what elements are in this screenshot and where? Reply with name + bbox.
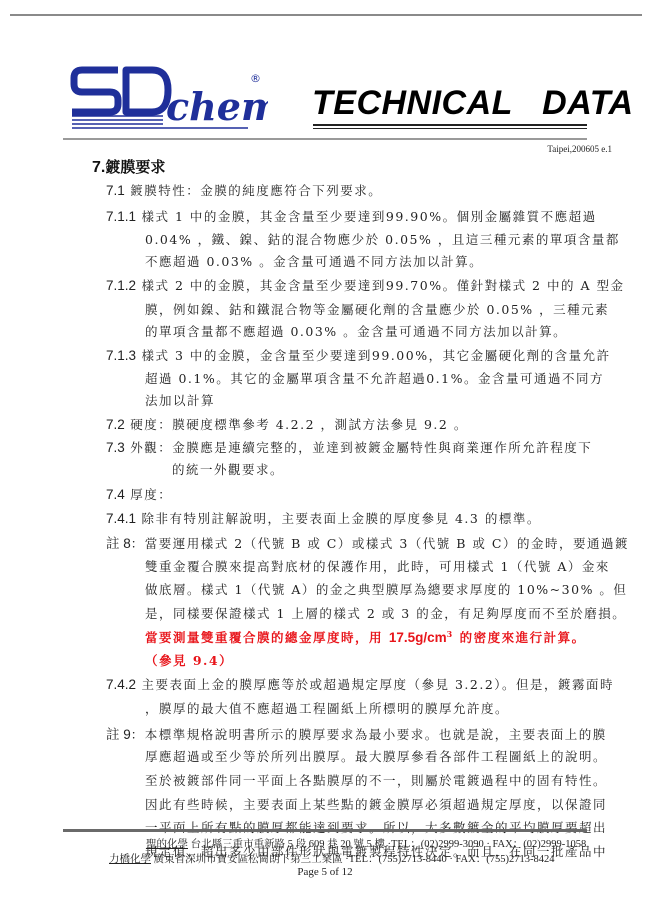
- footer-address-taipei: 聖的化學 台北縣三重市重新路 5 段 609 巷 20 號 5 樓 ·TEL：(…: [146, 836, 586, 851]
- clause-number: 7.4.2: [106, 677, 136, 692]
- clause-text: 厚度：: [125, 487, 172, 502]
- text-line-7.1.3-a: 7.1.3 樣式 3 中的金膜，金含量至少要達到99.00%，其它金屬硬化劑的含…: [106, 346, 611, 364]
- title-underline: [313, 124, 587, 126]
- text-line-note9-a: 註 9：本標準規格說明書所示的膜厚要求為最小要求。也就是說，主要表面上的膜: [106, 723, 607, 743]
- page-number: Page 5 of 12: [0, 866, 650, 878]
- section-title: 7.鍍膜要求: [92, 156, 165, 177]
- clause-text: ，膜厚的最大值不應超過工程圖紙上所標明的膜厚允許度。: [145, 701, 509, 716]
- clause-text: 不應超過 0.03% 。金含量可通過不同方法加以計算。: [145, 254, 483, 269]
- text-line-7.1.2-a: 7.1.2 樣式 2 中的金膜，其金含量至少要達到99.70%。僅針對樣式 2 …: [106, 276, 624, 294]
- density-value: 17.5g/cm: [389, 630, 447, 645]
- clause-text: 做底層。樣式 1（代號 A）的金之典型膜厚為總要求厚度的 10%~30% 。但: [145, 582, 627, 597]
- text-line-note8-c: 做底層。樣式 1（代號 A）的金之典型膜厚為總要求厚度的 10%~30% 。但: [145, 580, 627, 598]
- date-reference: Taipei,200605 e.1: [547, 144, 612, 154]
- clause-text: 厚應超過或至少等於所列出膜厚。最大膜厚參看各部件工程圖紙上的說明。: [145, 749, 607, 764]
- clause-text: 0.04% ，鐵、鎳、鈷的混合物應少於 0.05% ，且這三種元素的單項含量都: [145, 232, 620, 247]
- text-line-7.3-b: 的統一外觀要求。: [172, 460, 284, 478]
- text-line-7.4.2-a: 7.4.2 主要表面上金的膜厚應等於或超過規定厚度（參見 3.2.2）。但是，鍍…: [106, 675, 614, 693]
- clause-text: 樣式 3 中的金膜，金含量至少要達到99.00%，其它金屬硬化劑的含量允許: [136, 348, 611, 363]
- footer-address-shenzhen: 力橋化學 廣東省深圳市寶安區松崗朗下第三工業區 ·TEL：(755)2713-8…: [109, 851, 554, 866]
- text-line-7.1.1-b: 0.04% ，鐵、鎳、鈷的混合物應少於 0.05% ，且這三種元素的單項含量都: [145, 230, 620, 248]
- clause-text: 一平面上所有點的膜厚都能達到要求。所以，大多數鍍金的平均膜厚要超出: [145, 820, 607, 835]
- clause-number: 7.2: [106, 417, 125, 432]
- clause-text: 硬度：膜硬度標準參考 4.2.2 ，測試方法參見 9.2 。: [125, 417, 468, 432]
- text-line-7.1: 7.1 鍍膜特性：金膜的純度應符合下列要求。: [106, 181, 382, 199]
- clause-text: 的統一外觀要求。: [172, 462, 284, 477]
- text-line-note8-f: （參見 9.4）: [145, 651, 233, 669]
- text-line-7.1.1-c: 不應超過 0.03% 。金含量可通過不同方法加以計算。: [145, 252, 483, 270]
- text-line-7.1.2-b: 膜，例如鎳、鈷和鐵混合物等金屬硬化劑的含量應少於 0.05% ，三種元素: [145, 300, 609, 318]
- clause-text: 主要表面上金的膜厚應等於或超過規定厚度（參見 3.2.2）。但是，鍍霧面時: [136, 677, 614, 692]
- text-line-note9-d: 因此有些時候，主要表面上某些點的鍍金膜厚必須超過規定厚度，以保證同: [145, 795, 607, 813]
- title-underline-thin: [313, 128, 587, 129]
- logo-text: chem.: [166, 84, 268, 129]
- clause-text: 樣式 2 中的金膜，其金含量至少要達到99.70%。僅針對樣式 2 中的 A 型…: [136, 278, 624, 293]
- clause-text: 雙重金覆合膜來提高對底材的保護作用，此時，可用樣式 1（代號 A）金來: [145, 559, 610, 574]
- text-line-7.4.1: 7.4.1 除非有特別註解說明，主要表面上金膜的厚度參見 4.3 的標準。: [106, 509, 541, 527]
- clause-text: 當要測量雙重覆合膜的總金厚度時，用: [145, 630, 389, 645]
- text-line-note8-b: 雙重金覆合膜來提高對底材的保護作用，此時，可用樣式 1（代號 A）金來: [145, 557, 610, 575]
- density-exponent: 3: [447, 629, 454, 639]
- svg-text:®: ®: [250, 72, 261, 85]
- text-line-note8-d: 是，同樣要保證樣式 1 上層的樣式 2 或 3 的金，有足夠厚度而不至於磨損。: [145, 604, 626, 622]
- clause-text: 是，同樣要保證樣式 1 上層的樣式 2 或 3 的金，有足夠厚度而不至於磨損。: [145, 606, 626, 621]
- clause-text: ：當要運用樣式 2（代號 B 或 C）或樣式 3（代號 B 或 C）的金時，要通…: [131, 536, 629, 551]
- text-line-7.1.1-a: 7.1.1 樣式 1 中的金膜，其金含量至少要達到99.90%。個別金屬雜質不應…: [106, 207, 597, 225]
- clause-number: 7.3: [106, 440, 125, 455]
- clause-text: ：本標準規格說明書所示的膜厚要求為最小要求。也就是說，主要表面上的膜: [131, 727, 607, 742]
- clause-number: 7.1.3: [106, 348, 136, 363]
- clause-number: 7.4: [106, 487, 125, 502]
- footer-rule: [63, 829, 587, 832]
- header-rule: [63, 138, 587, 140]
- clause-number: 7.1: [106, 183, 125, 198]
- clause-text: 法加以計算: [145, 393, 215, 408]
- text-line-7.3-a: 7.3 外觀：金膜應是連續完整的，並達到被鍍金屬特性與商業運作所允許程度下: [106, 438, 592, 456]
- clause-text: 的單項含量都不應超過 0.03% 。金含量可通過不同方法加以計算。: [145, 324, 567, 339]
- text-line-7.4.2-b: ，膜厚的最大值不應超過工程圖紙上所標明的膜厚允許度。: [145, 699, 509, 717]
- clause-number: 註 9: [106, 727, 131, 742]
- clause-number: 7.1.2: [106, 278, 136, 293]
- clause-text: 因此有些時候，主要表面上某些點的鍍金膜厚必須超過規定厚度，以保證同: [145, 797, 607, 812]
- company-logo: chem. ®: [68, 60, 268, 130]
- text-line-7.1.3-c: 法加以計算: [145, 391, 215, 409]
- clause-text-after: 的密度來進行計算。: [454, 630, 586, 645]
- clause-number: 註 8: [106, 536, 131, 551]
- text-line-7.2: 7.2 硬度：膜硬度標準參考 4.2.2 ，測試方法參見 9.2 。: [106, 415, 468, 433]
- clause-number: 7.4.1: [106, 511, 136, 526]
- clause-text: （參見 9.4）: [145, 653, 233, 668]
- text-line-note8-a: 註 8：當要運用樣式 2（代號 B 或 C）或樣式 3（代號 B 或 C）的金時…: [106, 532, 629, 552]
- clause-text: 超過 0.1%。其它的金屬單項含量不允許超過0.1%。金含量可通過不同方: [145, 371, 604, 386]
- clause-text: 除非有特別註解說明，主要表面上金膜的厚度參見 4.3 的標準。: [136, 511, 541, 526]
- clause-text: 樣式 1 中的金膜，其金含量至少要達到99.90%。個別金屬雜質不應超過: [136, 209, 597, 224]
- clause-text: 膜，例如鎳、鈷和鐵混合物等金屬硬化劑的含量應少於 0.05% ，三種元素: [145, 302, 609, 317]
- text-line-note9-c: 至於被鍍部件同一平面上各點膜厚的不一，則屬於電鍍過程中的固有特性。: [145, 771, 607, 789]
- clause-text: 至於被鍍部件同一平面上各點膜厚的不一，則屬於電鍍過程中的固有特性。: [145, 773, 607, 788]
- text-line-note8-e: 當要測量雙重覆合膜的總金厚度時，用 17.5g/cm3 的密度來進行計算。: [145, 628, 586, 646]
- text-line-7.4: 7.4 厚度：: [106, 485, 172, 503]
- clause-number: 7.1.1: [106, 209, 136, 224]
- text-line-note9-e: 一平面上所有點的膜厚都能達到要求。所以，大多數鍍金的平均膜厚要超出: [145, 818, 607, 836]
- clause-text: 鍍膜特性：金膜的純度應符合下列要求。: [125, 183, 382, 198]
- top-rule: [10, 14, 642, 16]
- text-line-note9-b: 厚應超過或至少等於所列出膜厚。最大膜厚參看各部件工程圖紙上的說明。: [145, 747, 607, 765]
- text-line-7.1.2-c: 的單項含量都不應超過 0.03% 。金含量可通過不同方法加以計算。: [145, 322, 567, 340]
- clause-text: 外觀：金膜應是連續完整的，並達到被鍍金屬特性與商業運作所允許程度下: [125, 440, 592, 455]
- text-line-7.1.3-b: 超過 0.1%。其它的金屬單項含量不允許超過0.1%。金含量可通過不同方: [145, 369, 604, 387]
- document-type-title: TECHNICAL DATA: [312, 84, 634, 123]
